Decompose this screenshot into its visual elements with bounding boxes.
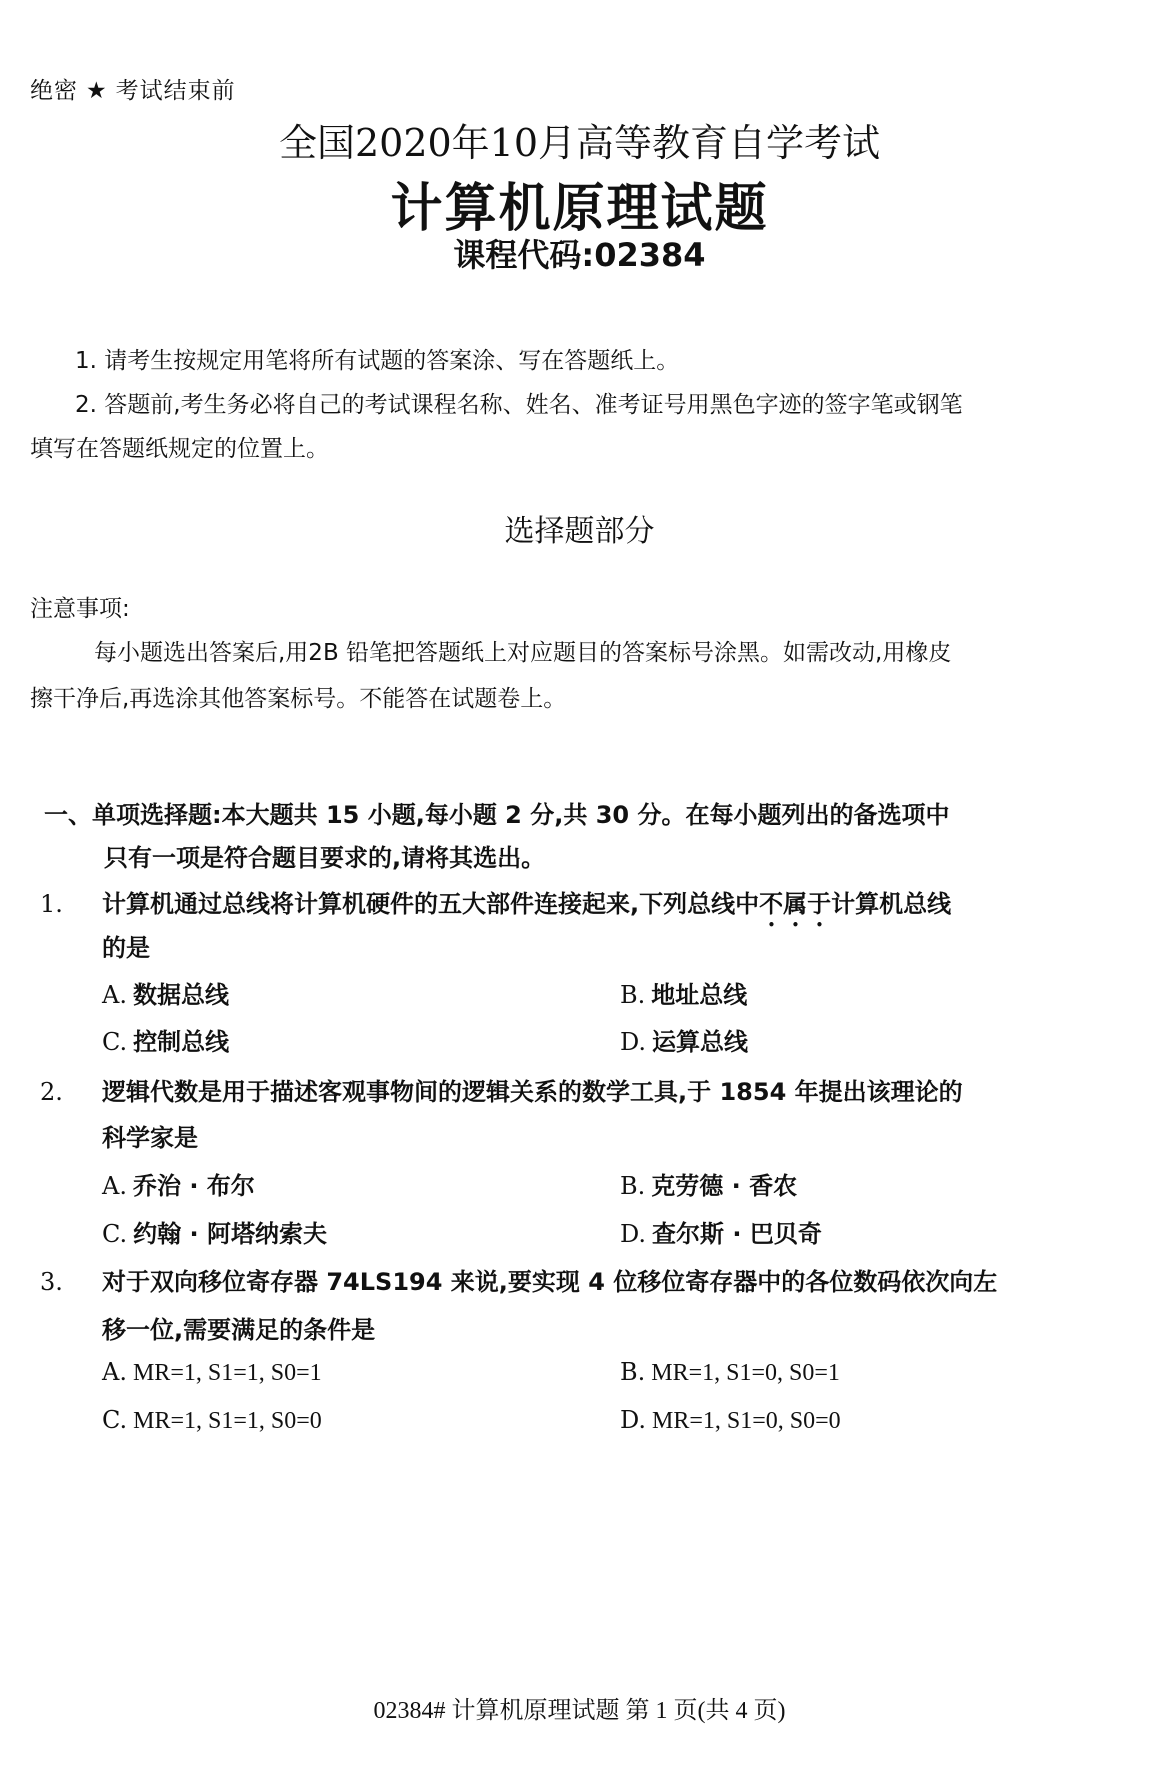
confidential-label: 绝密: [30, 78, 78, 104]
option-letter: A.: [102, 1358, 127, 1386]
option-text: MR=1, S1=0, S0=1: [651, 1360, 840, 1386]
option-letter: D.: [620, 1220, 646, 1248]
question-text: 逻辑代数是用于描述客观事物间的逻辑关系的数学工具,于 1854 年提出该理论的: [102, 1078, 963, 1106]
option-text: MR=1, S1=1, S0=1: [133, 1360, 322, 1386]
option-letter: B.: [620, 981, 645, 1009]
question-number: 1.: [40, 890, 102, 918]
option-text: 约翰 · 阿塔纳索夫: [133, 1220, 327, 1248]
option-text: MR=1, S1=1, S0=0: [133, 1408, 322, 1434]
question-1-option-c[interactable]: C.控制总线: [102, 1022, 229, 1057]
question-2-stem: 2.逻辑代数是用于描述客观事物间的逻辑关系的数学工具,于 1854 年提出该理论…: [40, 1072, 963, 1107]
emphasized-text: 不属于: [759, 890, 831, 918]
question-3-option-a[interactable]: A.MR=1, S1=1, S0=1: [102, 1358, 322, 1387]
instruction-1: 1. 请考生按规定用笔将所有试题的答案涂、写在答题纸上。: [75, 344, 679, 378]
exam-title: 全国2020年10月高等教育自学考试: [0, 112, 1159, 167]
option-letter: D.: [620, 1406, 646, 1434]
option-text: 控制总线: [133, 1028, 229, 1056]
part-one-heading: 一、单项选择题:本大题共 15 小题,每小题 2 分,共 30 分。在每小题列出…: [44, 795, 949, 830]
option-letter: B.: [620, 1172, 645, 1200]
question-1-option-d[interactable]: D.运算总线: [620, 1022, 748, 1057]
question-3-stem-continued: 移一位,需要满足的条件是: [102, 1310, 375, 1345]
option-letter: A.: [102, 1172, 127, 1200]
question-2-option-c[interactable]: C.约翰 · 阿塔纳索夫: [102, 1214, 327, 1249]
question-2-option-d[interactable]: D.查尔斯 · 巴贝奇: [620, 1214, 822, 1249]
question-3-stem: 3.对于双向移位寄存器 74LS194 来说,要实现 4 位移位寄存器中的各位数…: [40, 1262, 997, 1297]
notice-line-1: 每小题选出答案后,用2B 铅笔把答题纸上对应题目的答案标号涂黑。如需改动,用橡皮: [94, 636, 951, 670]
question-2-stem-continued: 科学家是: [102, 1118, 198, 1153]
option-letter: C.: [102, 1406, 127, 1434]
question-text: 对于双向移位寄存器 74LS194 来说,要实现 4 位移位寄存器中的各位数码依…: [102, 1268, 997, 1296]
question-3-option-d[interactable]: D.MR=1, S1=0, S0=0: [620, 1406, 841, 1435]
question-number: 3.: [40, 1268, 102, 1296]
notice-line-2: 擦干净后,再选涂其他答案标号。不能答在试题卷上。: [30, 682, 566, 716]
question-text: 计算机通过总线将计算机硬件的五大部件连接起来,下列总线中: [102, 890, 759, 918]
page-footer: 02384# 计算机原理试题 第 1 页(共 4 页): [0, 1690, 1159, 1725]
notice-label: 注意事项:: [30, 590, 130, 623]
confidential-marker: 绝密★考试结束前: [30, 72, 236, 105]
option-text: 克劳德 · 香农: [651, 1172, 797, 1200]
option-text: 乔治 · 布尔: [133, 1172, 255, 1200]
option-letter: D.: [620, 1028, 646, 1056]
option-text: 数据总线: [133, 981, 229, 1009]
option-text: MR=1, S1=0, S0=0: [652, 1408, 841, 1434]
option-text: 运算总线: [652, 1028, 748, 1056]
question-1-stem: 1.计算机通过总线将计算机硬件的五大部件连接起来,下列总线中不属于计算机总线: [40, 884, 951, 932]
question-3-option-b[interactable]: B.MR=1, S1=0, S0=1: [620, 1358, 840, 1387]
instruction-2-continued: 填写在答题纸规定的位置上。: [30, 432, 329, 466]
question-1-stem-continued: 的是: [102, 928, 150, 963]
course-code: 课程代码:02384: [0, 230, 1159, 276]
option-letter: A.: [102, 981, 127, 1009]
question-2-option-b[interactable]: B.克劳德 · 香农: [620, 1166, 797, 1201]
option-letter: B.: [620, 1358, 645, 1386]
option-text: 查尔斯 · 巴贝奇: [652, 1220, 822, 1248]
question-2-option-a[interactable]: A.乔治 · 布尔: [102, 1166, 255, 1201]
question-text-end: 计算机总线: [831, 890, 951, 918]
option-letter: C.: [102, 1028, 127, 1056]
question-1-option-b[interactable]: B.地址总线: [620, 975, 747, 1010]
question-3-option-c[interactable]: C.MR=1, S1=1, S0=0: [102, 1406, 322, 1435]
option-letter: C.: [102, 1220, 127, 1248]
option-text: 地址总线: [651, 981, 747, 1009]
instruction-2: 2. 答题前,考生务必将自己的考试课程名称、姓名、准考证号用黑色字迹的签字笔或钢…: [75, 388, 963, 422]
section-heading: 选择题部分: [0, 506, 1159, 550]
question-number: 2.: [40, 1078, 102, 1106]
question-1-option-a[interactable]: A.数据总线: [102, 975, 229, 1010]
confidential-note: 考试结束前: [116, 78, 236, 104]
part-one-heading-continued: 只有一项是符合题目要求的,请将其选出。: [104, 838, 545, 873]
star-icon: ★: [86, 78, 108, 104]
